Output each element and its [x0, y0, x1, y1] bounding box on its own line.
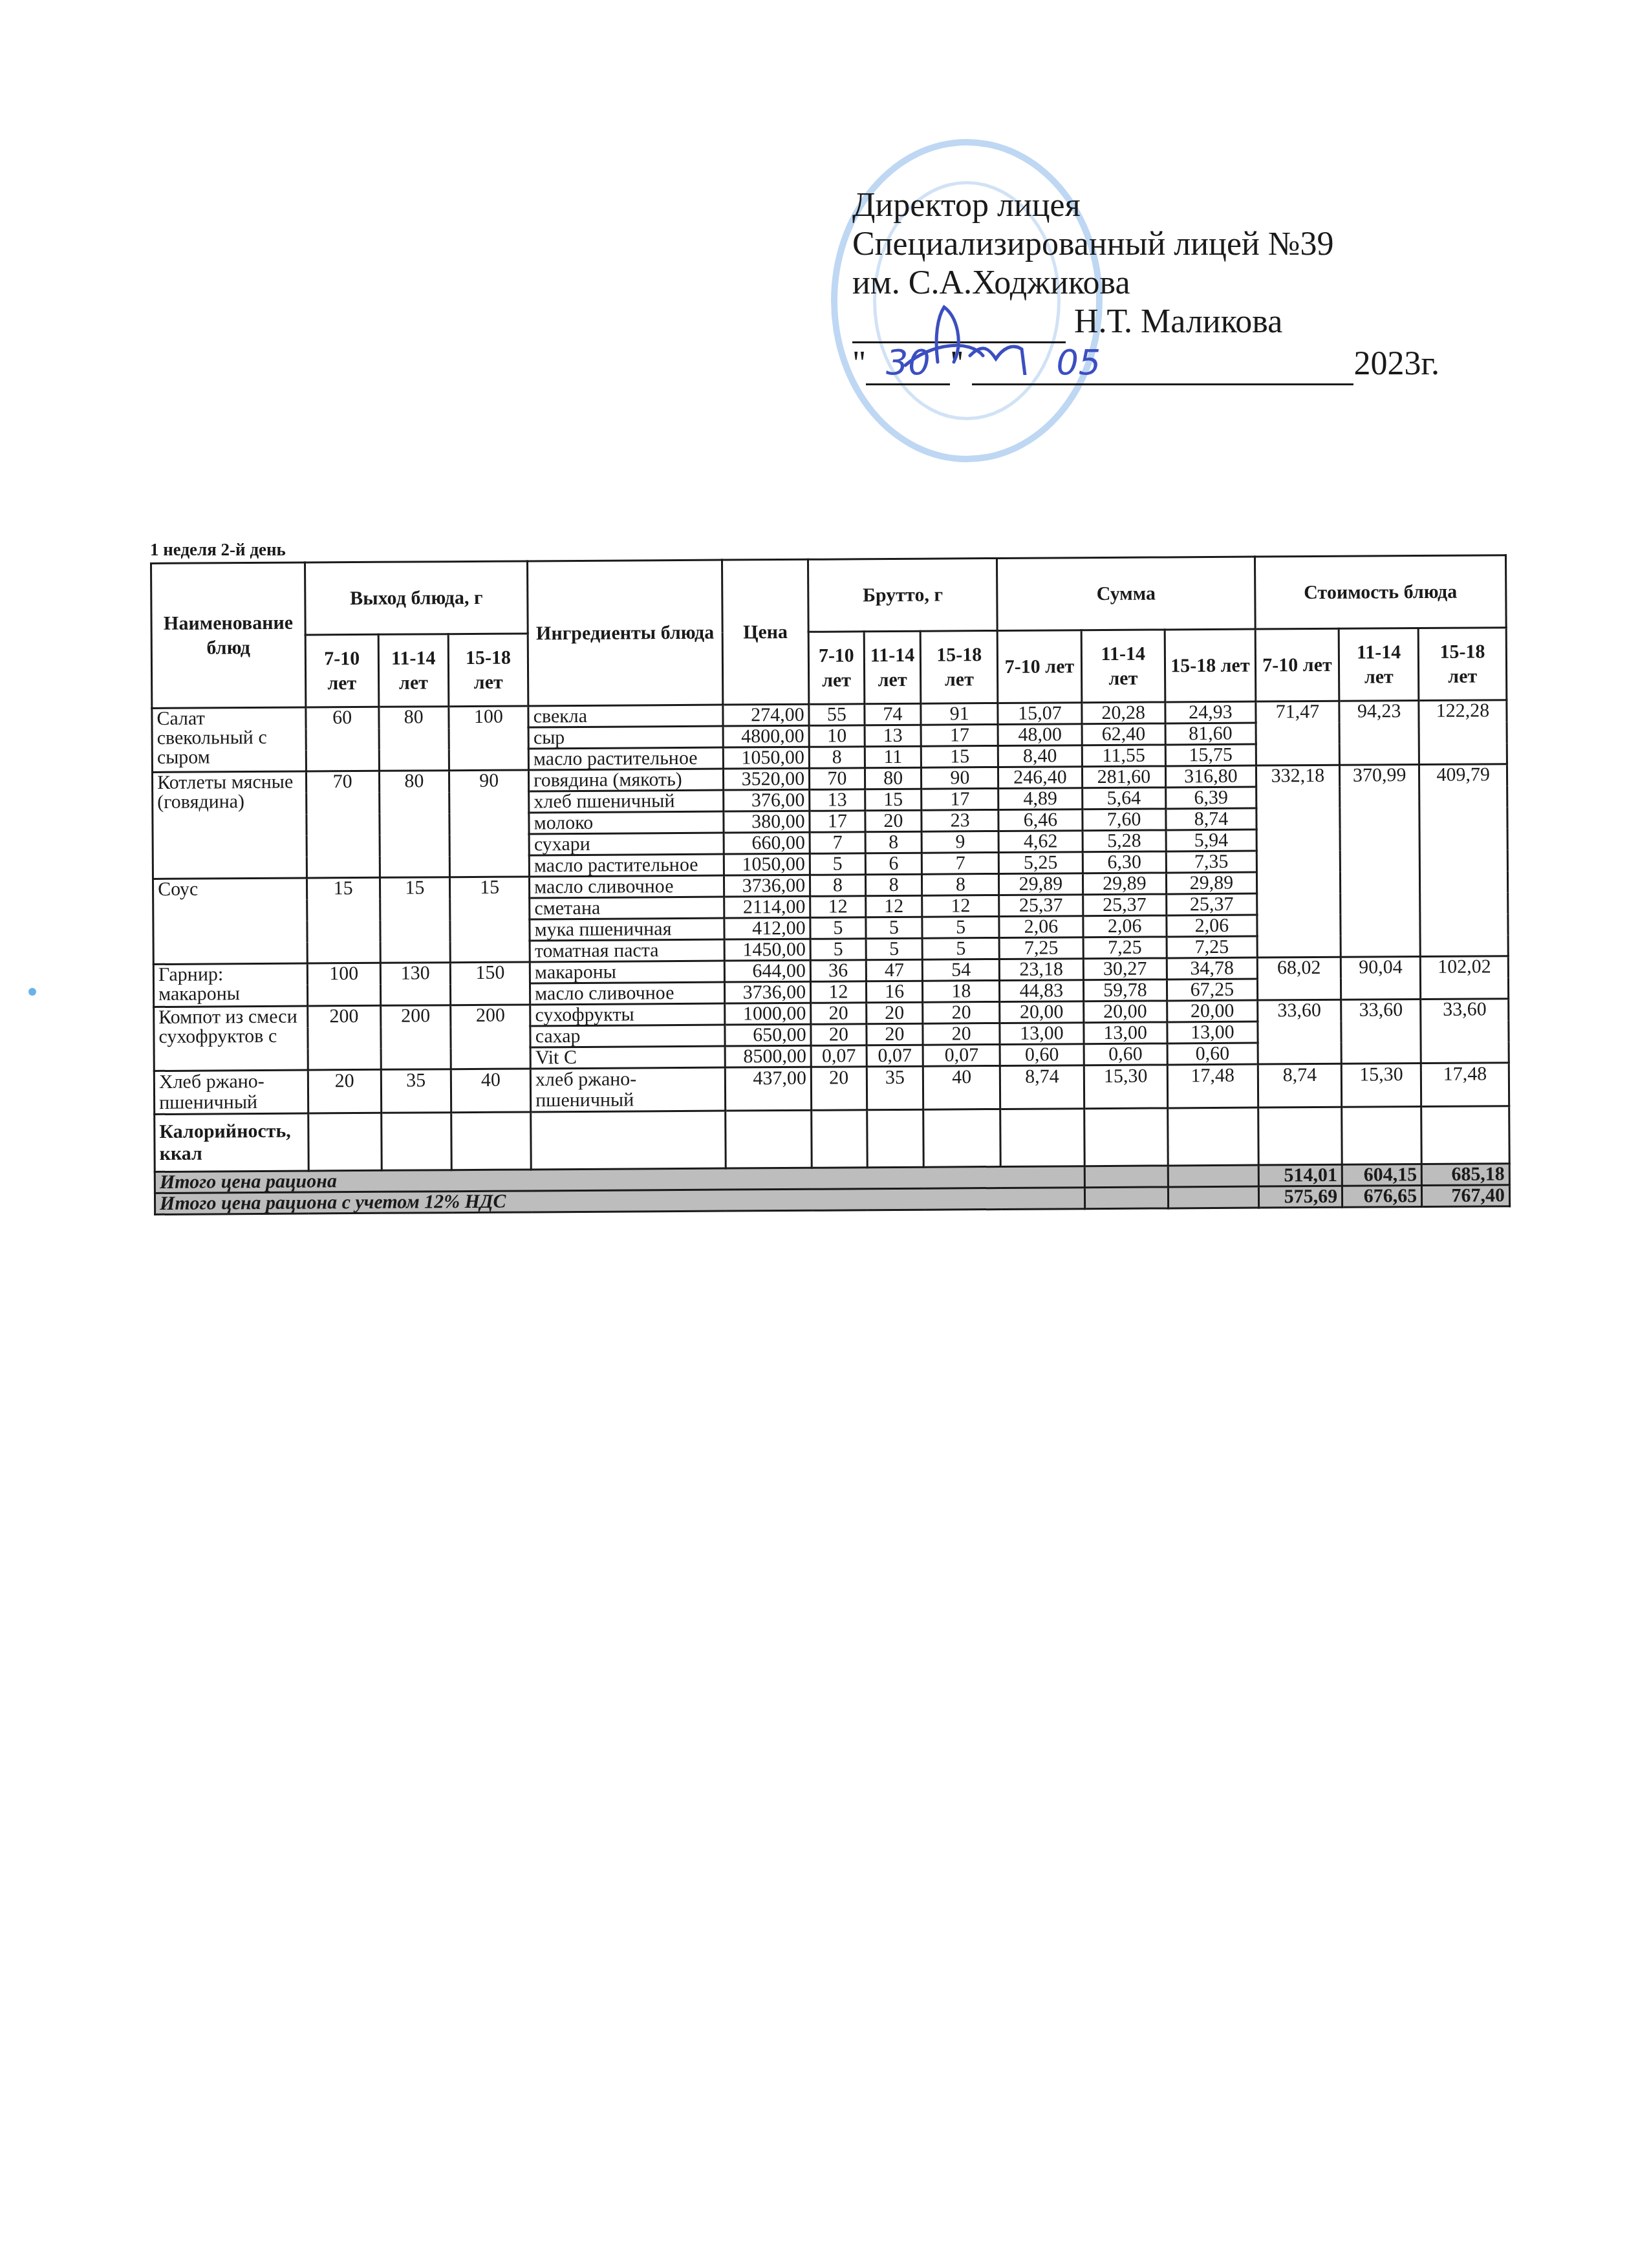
approval-signatory: Н.Т. Маликова: [1074, 303, 1282, 340]
calories-label: Калорийность, ккал: [155, 1113, 308, 1171]
total-value: 767,40: [1422, 1185, 1510, 1207]
ingredient-name: масло сливочное: [530, 982, 725, 1005]
ingredient-brutto: 0,07: [867, 1045, 923, 1067]
header-brutto-age-0: 7-10 лет: [808, 632, 864, 705]
calories-cell: [451, 1112, 532, 1170]
ingredient-brutto: 54: [923, 959, 1000, 981]
ingredient-sum: 316,80: [1165, 765, 1256, 787]
ingredient-sum: 6,46: [998, 809, 1083, 831]
approval-title: Директор лицея: [852, 186, 1439, 225]
dish-name: Соус: [153, 878, 307, 964]
dish-cost: 15,30: [1341, 1064, 1421, 1107]
ingredient-brutto: 55: [809, 704, 865, 726]
ingredient-brutto: 6: [865, 853, 922, 875]
ingredient-price: 8500,00: [725, 1045, 812, 1067]
ingredient-brutto: 13: [810, 789, 865, 811]
ingredient-brutto: 12: [810, 896, 866, 918]
ingredient-name: свекла: [528, 705, 723, 727]
dish-cost: 8,74: [1258, 1064, 1342, 1107]
dish-cost: 33,60: [1421, 999, 1509, 1064]
dish-cost: 71,47: [1256, 701, 1340, 765]
ingredient-brutto: 7: [922, 852, 999, 874]
ingredient-sum: 15,30: [1084, 1065, 1168, 1109]
header-brutto-age-1: 11-14 лет: [864, 631, 921, 704]
calories-cell: [1258, 1107, 1342, 1165]
ingredient-sum: 0,60: [1167, 1043, 1258, 1065]
ingredient-name: сахар: [530, 1025, 725, 1047]
ingredient-sum: 5,64: [1082, 787, 1166, 809]
ingredient-brutto: 12: [865, 895, 922, 917]
ingredient-price: 274,00: [722, 704, 809, 726]
ingredient-sum: 2,06: [999, 916, 1083, 938]
ingredient-sum: 5,25: [999, 852, 1083, 874]
ingredient-sum: 8,40: [998, 745, 1083, 767]
ingredient-price: 412,00: [724, 917, 811, 939]
ingredient-name: хлеб ржано-пшеничный: [530, 1067, 725, 1112]
ingredient-sum: 246,40: [998, 767, 1083, 789]
ingredient-brutto: 91: [921, 703, 998, 725]
ingredient-brutto: 0,07: [923, 1044, 1000, 1066]
ingredient-brutto: 35: [867, 1066, 923, 1110]
total-value: 685,18: [1421, 1164, 1509, 1186]
ingredient-sum: 20,00: [1000, 1001, 1084, 1023]
ingredient-name: Vit C: [530, 1046, 725, 1069]
dish-yield: 200: [308, 1005, 381, 1070]
ingredient-sum: 2,06: [1167, 915, 1257, 937]
dish-cost: 33,60: [1341, 1000, 1421, 1064]
ingredient-sum: 6,30: [1083, 851, 1167, 873]
dish-cost: 409,79: [1419, 764, 1509, 957]
ingredient-brutto: 17: [921, 788, 998, 810]
ingredient-price: 1000,00: [724, 1003, 811, 1025]
dish-yield: 60: [306, 707, 379, 771]
ingredient-sum: 25,37: [999, 895, 1083, 917]
ingredient-price: 3736,00: [724, 875, 810, 897]
ingredient-brutto: 0,07: [811, 1045, 867, 1067]
calories-cell: [1421, 1106, 1509, 1164]
ingredient-sum: 11,55: [1082, 745, 1166, 767]
ingredient-sum: 30,27: [1083, 958, 1167, 980]
ingredient-sum: 6,39: [1166, 787, 1256, 809]
dish-yield: 15: [450, 877, 530, 963]
ingredient-sum: 17,48: [1167, 1064, 1258, 1108]
ingredient-sum: 24,93: [1165, 701, 1256, 723]
ingredient-sum: 62,40: [1082, 723, 1166, 745]
ingredient-name: мука пшеничная: [530, 918, 724, 941]
ingredient-name: сметана: [530, 897, 724, 919]
ingredient-brutto: 5: [810, 939, 866, 961]
ingredient-name: томатная паста: [530, 939, 724, 962]
ingredient-brutto: 20: [811, 1024, 867, 1046]
total-value: 604,15: [1342, 1164, 1421, 1186]
header-brutto: Брутто, г: [808, 558, 998, 632]
ingredient-brutto: 20: [811, 1003, 867, 1025]
ingredient-name: макароны: [530, 961, 724, 983]
header-cost-age-1: 11-14 лет: [1339, 628, 1419, 701]
dish-cost: 33,60: [1257, 1000, 1341, 1064]
total-empty-cell: [1168, 1165, 1258, 1187]
ingredient-sum: 20,00: [1083, 1001, 1167, 1023]
ingredient-sum: 59,78: [1083, 979, 1167, 1001]
header-brutto-age-2: 15-18 лет: [920, 630, 998, 703]
ingredient-brutto: 5: [866, 938, 923, 960]
dish-yield: 20: [308, 1069, 381, 1113]
ingredient-sum: 4,62: [998, 831, 1083, 853]
ingredient-brutto: 20: [811, 1067, 867, 1111]
ingredient-sum: 13,00: [1167, 1022, 1258, 1043]
ingredient-brutto: 8: [865, 874, 922, 896]
total-value: 575,69: [1258, 1186, 1342, 1208]
header-dish-name: Наименование блюд: [151, 562, 306, 708]
total-empty-cell: [1168, 1186, 1258, 1208]
signature-icon: [892, 304, 1041, 375]
ingredient-price: 2114,00: [724, 896, 810, 918]
dish-yield: 40: [451, 1069, 531, 1113]
ingredient-price: 650,00: [725, 1024, 812, 1046]
dish-name: Хлеб ржано-пшеничный: [154, 1070, 308, 1114]
ingredient-brutto: 70: [810, 768, 865, 790]
ingredient-brutto: 15: [921, 745, 998, 767]
ingredient-sum: 15,75: [1165, 744, 1256, 766]
total-empty-cell: [1084, 1166, 1169, 1188]
header-sum-age-2: 15-18 лет: [1165, 629, 1255, 702]
ingredient-name: масло растительное: [528, 747, 723, 770]
ingredient-brutto: 13: [865, 725, 921, 747]
dish-yield: 200: [380, 1005, 451, 1070]
ingredient-sum: 0,60: [1084, 1043, 1168, 1065]
header-yield-age-0: 7-10 лет: [305, 634, 378, 707]
ingredient-sum: 23,18: [1000, 959, 1084, 981]
ingredient-sum: 7,60: [1082, 809, 1166, 831]
ingredient-brutto: 16: [866, 981, 923, 1003]
dish-name: Котлеты мясные (говядина): [152, 771, 307, 879]
header-sum-age-1: 11-14 лет: [1081, 630, 1165, 703]
ingredient-brutto: 8: [810, 875, 866, 897]
ingredient-sum: 7,25: [1083, 937, 1167, 959]
approval-org: Специализированный лицей №39: [852, 225, 1439, 264]
calories-cell: [1168, 1107, 1258, 1166]
ingredient-sum: 29,89: [1083, 873, 1167, 895]
dish-yield: 15: [380, 877, 450, 963]
ingredient-sum: 25,37: [1083, 894, 1167, 916]
date-month: 05: [1056, 342, 1101, 383]
ingredient-name: хлеб пшеничный: [529, 790, 724, 813]
header-cost: Стоимость блюда: [1255, 555, 1506, 629]
ingredient-sum: 13,00: [1000, 1023, 1084, 1045]
ingredient-brutto: 47: [866, 959, 923, 981]
dish-yield: 200: [451, 1005, 531, 1069]
ingredient-sum: 13,00: [1083, 1022, 1167, 1044]
ingredient-sum: 29,89: [1166, 872, 1256, 894]
ingredient-brutto: 5: [922, 916, 999, 938]
dish-cost: 17,48: [1421, 1063, 1509, 1107]
ingredient-brutto: 18: [923, 980, 1000, 1002]
ingredient-brutto: 8: [809, 747, 865, 769]
ingredient-sum: 7,25: [1167, 936, 1257, 958]
calories-cell: [923, 1109, 1000, 1167]
ingredient-brutto: 20: [923, 1001, 1000, 1023]
dish-cost: 122,28: [1419, 700, 1507, 765]
ingredient-brutto: 40: [923, 1065, 1000, 1109]
ingredient-name: сухари: [529, 833, 724, 855]
dish-name: Компот из смеси сухофруктов с: [154, 1006, 308, 1071]
dish-cost: 102,02: [1421, 956, 1509, 1000]
ingredient-price: 4800,00: [723, 725, 810, 747]
total-label: Итого цена рациона с учетом 12% НДС: [155, 1188, 1084, 1215]
calories-cell: [812, 1110, 867, 1168]
ingredient-price: 3520,00: [723, 768, 810, 790]
ingredient-sum: 4,89: [998, 788, 1083, 810]
calories-cell: [1342, 1107, 1422, 1165]
dish-yield: 70: [306, 771, 380, 878]
ingredient-sum: 15,07: [998, 703, 1082, 725]
header-sum: Сумма: [997, 557, 1255, 630]
dish-yield: 15: [307, 877, 380, 963]
ingredient-price: 376,00: [723, 789, 810, 811]
ingredient-brutto: 5: [866, 917, 923, 939]
ingredient-brutto: 11: [865, 746, 921, 768]
ingredient-brutto: 8: [865, 831, 922, 853]
ingredient-brutto: 90: [921, 767, 998, 789]
calories-cell: [308, 1113, 382, 1171]
header-ingredients: Ингредиенты блюда: [528, 560, 723, 706]
calories-cell: [1084, 1108, 1168, 1166]
ingredient-price: 3736,00: [724, 981, 811, 1003]
menu-day-title: 1 неделя 2-й день: [150, 540, 286, 560]
approval-named-after: им. С.А.Ходжикова: [852, 264, 1439, 303]
ingredient-name: сыр: [528, 726, 723, 749]
ingredient-sum: 8,74: [1000, 1065, 1084, 1109]
ingredient-sum: 5,94: [1166, 829, 1256, 851]
ingredient-sum: 34,78: [1167, 957, 1257, 979]
ingredient-sum: 2,06: [1083, 915, 1167, 937]
calories-row: Калорийность, ккал: [155, 1106, 1510, 1172]
ingredient-sum: 281,60: [1082, 766, 1166, 788]
ingredient-brutto: 15: [865, 789, 921, 811]
ingredient-brutto: 20: [923, 1023, 1000, 1045]
menu-cost-table: Наименование блюд Выход блюда, г Ингреди…: [150, 554, 1511, 1215]
ingredient-brutto: 5: [922, 937, 999, 959]
ingredient-sum: 29,89: [999, 873, 1083, 895]
header-price: Цена: [722, 559, 809, 705]
ingredient-brutto: 20: [866, 1002, 923, 1024]
ingredient-price: 660,00: [724, 832, 810, 854]
scan-speck: [28, 988, 36, 996]
ingredient-price: 380,00: [723, 811, 810, 833]
ingredient-brutto: 10: [809, 725, 865, 747]
total-empty-cell: [1084, 1187, 1169, 1209]
calories-cell: [381, 1113, 451, 1171]
ingredient-sum: 0,60: [1000, 1044, 1084, 1066]
ingredient-sum: 44,83: [1000, 980, 1084, 1002]
ingredient-name: масло сливочное: [530, 875, 724, 898]
dish-cost: 68,02: [1257, 957, 1341, 1000]
header-cost-age-0: 7-10 лет: [1255, 628, 1339, 701]
ingredient-sum: 8,74: [1166, 808, 1256, 830]
ingredient-price: 644,00: [724, 960, 811, 982]
dish-yield: 80: [379, 771, 450, 878]
ingredient-brutto: 17: [810, 811, 865, 833]
header-sum-age-0: 7-10 лет: [997, 630, 1081, 703]
dish-yield: 150: [450, 962, 530, 1005]
table-row: Хлеб ржано-пшеничный203540хлеб ржано-пше…: [154, 1063, 1509, 1115]
ingredient-brutto: 12: [811, 981, 867, 1003]
ingredient-sum: 5,28: [1083, 830, 1167, 852]
ingredient-brutto: 23: [921, 809, 998, 831]
ingredient-brutto: 74: [865, 703, 921, 725]
header-yield-age-1: 11-14 лет: [378, 634, 449, 707]
ingredient-name: масло растительное: [529, 854, 724, 877]
ingredient-brutto: 80: [865, 767, 921, 789]
total-value: 676,65: [1342, 1186, 1422, 1208]
dish-name: Гарнир: макароны: [153, 963, 307, 1007]
dish-yield: 100: [449, 706, 529, 771]
calories-cell: [725, 1110, 812, 1168]
total-value: 514,01: [1258, 1164, 1342, 1186]
dish-yield: 35: [381, 1069, 451, 1113]
ingredient-brutto: 20: [867, 1023, 923, 1045]
ingredient-brutto: 5: [810, 917, 866, 939]
ingredient-sum: 7,35: [1166, 851, 1256, 873]
age-group-header-row: 7-10 лет11-14 лет15-18 лет7-10 лет11-14 …: [151, 628, 1507, 709]
ingredient-brutto: 9: [921, 831, 998, 853]
ingredient-price: 437,00: [725, 1067, 812, 1111]
ingredient-brutto: 20: [865, 810, 922, 832]
date-year: 2023г.: [1353, 345, 1439, 382]
calories-cell: [1000, 1109, 1084, 1167]
dish-yield: 80: [378, 707, 449, 771]
dish-cost: 332,18: [1256, 765, 1341, 957]
ingredient-name: молоко: [529, 811, 724, 834]
dish-yield: 100: [307, 963, 380, 1006]
dish-yield: 130: [380, 963, 451, 1006]
ingredient-brutto: 12: [922, 895, 999, 917]
calories-cell: [531, 1111, 726, 1170]
header-cost-age-2: 15-18 лет: [1418, 628, 1506, 701]
quote-open: ": [852, 345, 866, 382]
ingredient-sum: 48,00: [998, 724, 1082, 746]
header-yield-age-2: 15-18 лет: [448, 634, 528, 707]
ingredient-brutto: 17: [921, 724, 998, 746]
dish-cost: 94,23: [1339, 701, 1419, 765]
ingredient-sum: 7,25: [999, 937, 1083, 959]
ingredient-name: говядина (мякоть): [529, 769, 724, 791]
ingredient-price: 1050,00: [724, 853, 810, 875]
ingredient-brutto: 5: [810, 853, 865, 875]
calories-cell: [867, 1109, 923, 1168]
ingredient-name: сухофрукты: [530, 1003, 725, 1026]
ingredient-sum: 20,00: [1167, 1000, 1258, 1022]
dish-cost: 370,99: [1340, 765, 1421, 957]
ingredient-brutto: 36: [810, 960, 866, 982]
dish-yield: 90: [449, 770, 530, 877]
ingredient-sum: 67,25: [1167, 979, 1257, 1001]
ingredient-sum: 81,60: [1165, 723, 1256, 745]
ingredient-price: 1050,00: [723, 747, 810, 769]
ingredient-sum: 25,37: [1167, 893, 1257, 915]
ingredient-sum: 20,28: [1081, 702, 1165, 724]
ingredient-brutto: 8: [922, 873, 999, 895]
ingredient-price: 1450,00: [724, 939, 811, 961]
ingredient-brutto: 7: [810, 832, 865, 854]
header-yield: Выход блюда, г: [305, 561, 528, 635]
dish-cost: 90,04: [1341, 957, 1421, 1000]
dish-name: Салат свекольный с сыром: [152, 707, 306, 772]
